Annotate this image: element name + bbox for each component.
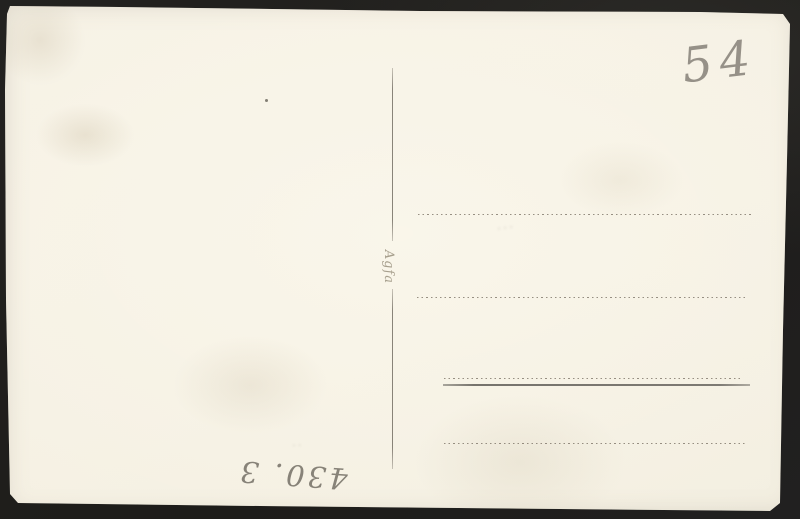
address-line-solid [443, 384, 750, 386]
pencil-smudge-center: ··· [496, 220, 516, 237]
postcard-back: Agfa 54 430. 3 ··· ·· [0, 0, 800, 519]
pencil-smudge-bottom: ·· [290, 438, 302, 452]
address-line-dotted-2 [417, 297, 748, 299]
agfa-watermark: Agfa [374, 241, 396, 293]
divider-line-upper [392, 68, 393, 241]
divider-line-lower [392, 289, 393, 469]
address-line-dotted-3 [444, 378, 742, 380]
handwritten-number-top-right: 54 [679, 30, 760, 95]
paper-speck [265, 99, 268, 102]
handwritten-catalog-number-bottom-left: 430. 3 [236, 454, 348, 496]
address-line-dotted-4 [444, 443, 747, 445]
address-line-dotted-1 [418, 214, 753, 216]
photo-background: Agfa 54 430. 3 ··· ·· [0, 0, 800, 519]
